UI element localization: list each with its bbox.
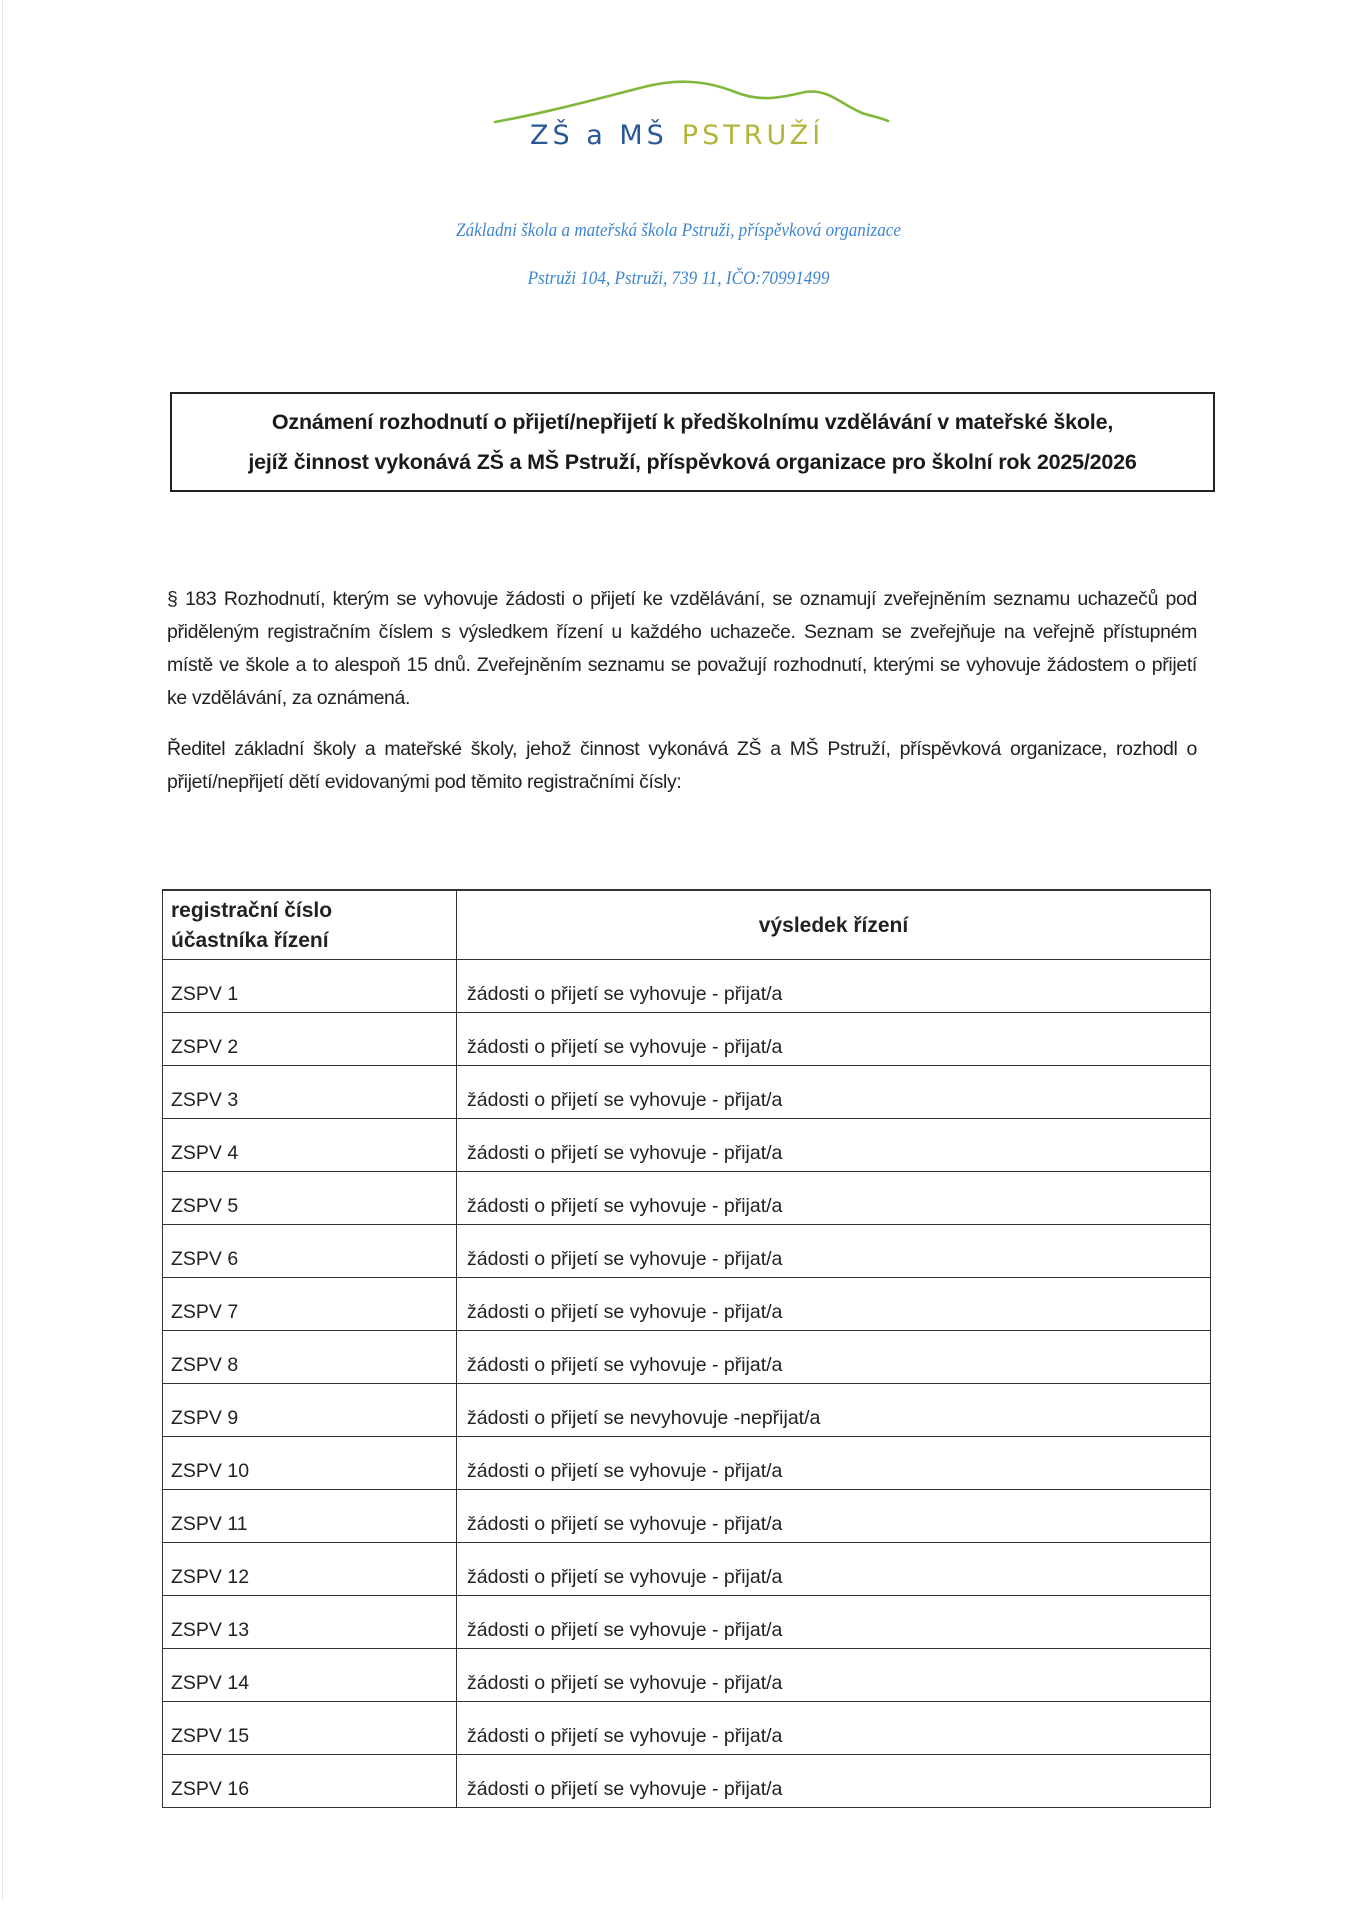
table-row: ZSPV 10žádosti o přijetí se vyhovuje - p…	[163, 1437, 1211, 1490]
header-registration-number-line-2: účastníka řízení	[171, 926, 448, 956]
table-row: ZSPV 15žádosti o přijetí se vyhovuje - p…	[163, 1702, 1211, 1755]
decision-paragraph: Ředitel základní školy a mateřské školy,…	[167, 733, 1197, 799]
registration-number-cell: ZSPV 15	[163, 1702, 457, 1755]
scan-edge	[2, 0, 3, 1900]
table-row: ZSPV 1žádosti o přijetí se vyhovuje - př…	[163, 960, 1211, 1013]
result-cell: žádosti o přijetí se vyhovuje - přijat/a	[457, 1543, 1211, 1596]
logo-text: ZŠ a MŠPSTRUŽÍ	[530, 120, 824, 152]
logo-abbr: ZŠ a MŠ	[530, 120, 668, 151]
school-logo: ZŠ a MŠPSTRUŽÍ	[490, 70, 890, 160]
result-cell: žádosti o přijetí se vyhovuje - přijat/a	[457, 1172, 1211, 1225]
registration-number-cell: ZSPV 2	[163, 1013, 457, 1066]
result-cell: žádosti o přijetí se vyhovuje - přijat/a	[457, 1437, 1211, 1490]
registration-number-cell: ZSPV 4	[163, 1119, 457, 1172]
table-row: ZSPV 6žádosti o přijetí se vyhovuje - př…	[163, 1225, 1211, 1278]
registration-number-cell: ZSPV 13	[163, 1596, 457, 1649]
table-row: ZSPV 16žádosti o přijetí se vyhovuje - p…	[163, 1755, 1211, 1808]
table-row: ZSPV 5žádosti o přijetí se vyhovuje - př…	[163, 1172, 1211, 1225]
legal-paragraph: § 183 Rozhodnutí, kterým se vyhovuje žád…	[167, 583, 1197, 715]
registration-number-cell: ZSPV 6	[163, 1225, 457, 1278]
registration-number-cell: ZSPV 16	[163, 1755, 457, 1808]
table-row: ZSPV 8žádosti o přijetí se vyhovuje - př…	[163, 1331, 1211, 1384]
document-title: Oznámení rozhodnutí o přijetí/nepřijetí …	[170, 392, 1215, 492]
registration-number-cell: ZSPV 9	[163, 1384, 457, 1437]
result-cell: žádosti o přijetí se vyhovuje - přijat/a	[457, 1066, 1211, 1119]
registration-number-cell: ZSPV 1	[163, 960, 457, 1013]
logo-place: PSTRUŽÍ	[682, 120, 824, 151]
header-registration-number: registrační číslo účastníka řízení	[163, 890, 457, 960]
table-row: ZSPV 4žádosti o přijetí se vyhovuje - př…	[163, 1119, 1211, 1172]
table-row: ZSPV 3žádosti o přijetí se vyhovuje - př…	[163, 1066, 1211, 1119]
registration-number-cell: ZSPV 7	[163, 1278, 457, 1331]
registration-number-cell: ZSPV 11	[163, 1490, 457, 1543]
school-name: Základni škola a mateřská škola Pstruži,…	[68, 220, 1289, 242]
registration-number-cell: ZSPV 8	[163, 1331, 457, 1384]
result-cell: žádosti o přijetí se vyhovuje - přijat/a	[457, 1702, 1211, 1755]
registration-number-cell: ZSPV 5	[163, 1172, 457, 1225]
result-cell: žádosti o přijetí se vyhovuje - přijat/a	[457, 960, 1211, 1013]
title-line-1: Oznámení rozhodnutí o přijetí/nepřijetí …	[272, 402, 1113, 442]
result-cell: žádosti o přijetí se vyhovuje - přijat/a	[457, 1649, 1211, 1702]
registration-number-cell: ZSPV 12	[163, 1543, 457, 1596]
table-row: ZSPV 14žádosti o přijetí se vyhovuje - p…	[163, 1649, 1211, 1702]
result-cell: žádosti o přijetí se vyhovuje - přijat/a	[457, 1755, 1211, 1808]
result-cell: žádosti o přijetí se vyhovuje - přijat/a	[457, 1331, 1211, 1384]
table-row: ZSPV 12žádosti o přijetí se vyhovuje - p…	[163, 1543, 1211, 1596]
registration-number-cell: ZSPV 3	[163, 1066, 457, 1119]
table-row: ZSPV 13žádosti o přijetí se vyhovuje - p…	[163, 1596, 1211, 1649]
result-cell: žádosti o přijetí se vyhovuje - přijat/a	[457, 1119, 1211, 1172]
result-cell: žádosti o přijetí se vyhovuje - přijat/a	[457, 1278, 1211, 1331]
table-row: ZSPV 7žádosti o přijetí se vyhovuje - př…	[163, 1278, 1211, 1331]
registration-number-cell: ZSPV 10	[163, 1437, 457, 1490]
header-result: výsledek řízení	[457, 890, 1211, 960]
registration-number-cell: ZSPV 14	[163, 1649, 457, 1702]
result-cell: žádosti o přijetí se vyhovuje - přijat/a	[457, 1225, 1211, 1278]
result-cell: žádosti o přijetí se vyhovuje - přijat/a	[457, 1490, 1211, 1543]
result-cell: žádosti o přijetí se nevyhovuje -nepřija…	[457, 1384, 1211, 1437]
result-cell: žádosti o přijetí se vyhovuje - přijat/a	[457, 1596, 1211, 1649]
school-address: Pstruži 104, Pstruži, 739 11, IČO:709914…	[68, 268, 1289, 290]
table-row: ZSPV 11žádosti o přijetí se vyhovuje - p…	[163, 1490, 1211, 1543]
title-line-2: jejíž činnost vykonává ZŠ a MŠ Pstruží, …	[248, 442, 1136, 482]
header-registration-number-line-1: registrační číslo	[171, 896, 448, 926]
table-header-row: registrační číslo účastníka řízení výsle…	[163, 890, 1211, 960]
result-cell: žádosti o přijetí se vyhovuje - přijat/a	[457, 1013, 1211, 1066]
table-row: ZSPV 2žádosti o přijetí se vyhovuje - př…	[163, 1013, 1211, 1066]
table-row: ZSPV 9žádosti o přijetí se nevyhovuje -n…	[163, 1384, 1211, 1437]
admission-results-table: registrační číslo účastníka řízení výsle…	[162, 889, 1211, 1808]
